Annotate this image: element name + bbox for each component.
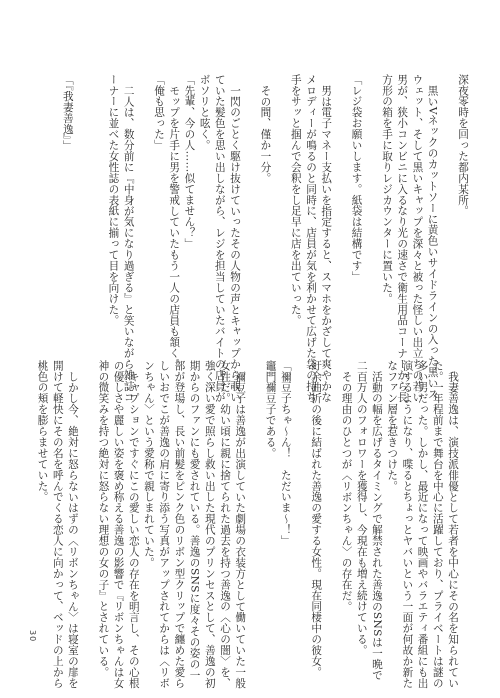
text-block-lower: 我妻善逸は、演技派俳優として若者を中心にその名を知られていた。一年程前まで舞台を… — [34, 360, 460, 625]
blank-line — [80, 360, 95, 625]
blank-line — [272, 74, 287, 319]
text-line: 「俺も思った」 — [151, 74, 166, 319]
text-line: 深夜零時を回った都内某所。 — [455, 74, 470, 319]
blank-line — [90, 74, 105, 319]
text-line: その間、僅か一分。 — [257, 74, 272, 319]
text-line: ていた髪色を思い出しながら、レジを担当していたバイトの店員が — [212, 74, 227, 319]
text-line: ンちゃん〉という愛称で親しまれていた。 — [141, 360, 156, 625]
text-line: 「『我妻善逸』」 — [60, 74, 75, 319]
text-line: メロディーが鳴るのと同時に、店員が気を利かせて広げた袋の持ち — [303, 74, 318, 319]
blank-line — [247, 360, 262, 625]
text-line: た。一年程前まで舞台を中心に活躍しており、プライベートは謎の — [430, 360, 445, 625]
text-line: 竈門禰豆子である。 — [262, 360, 277, 625]
text-line: 我妻善逸は、演技派俳優として若者を中心にその名を知られてい — [445, 360, 460, 625]
text-line: モップを片手に男を警戒していたもう一人の店員も頷く。 — [166, 74, 181, 319]
blank-line — [75, 74, 90, 319]
text-line: ーナーに並べた女性誌の表紙に揃って目を向けた。 — [105, 74, 120, 319]
text-line: 黒いVネックのカットソーに黄色いサイドラインの入った黒いス — [424, 74, 439, 319]
text-line: 期からのファンにも愛されている。善逸のSNSに度々その姿の一 — [186, 360, 201, 625]
text-line: 強く深い愛で照らし救い出した現代のプリンセスとして、善逸の初 — [202, 360, 217, 625]
text-line: 演するようになり、喋るとちょっとヤバいという一面が何故か新た — [399, 360, 414, 625]
blank-line — [440, 74, 455, 319]
text-line: 紆余曲折の後に結ばれた善逸の愛する女性。現在同棲中の彼女。 — [308, 360, 323, 625]
text-line: ウェット、そして黒いキャップを深々と被った怪しい出立ちの若い — [409, 74, 424, 319]
text-line: 活動の幅を広げるタイミングで解禁された善逸のSNSは一晩で — [369, 360, 384, 625]
text-line: 「先輩、今の人……似てません？」 — [181, 74, 196, 319]
text-line: 二人は、数分前に『中身が気になり過ぎる』と笑いながら雑誌コ — [120, 74, 135, 319]
blank-line — [242, 74, 257, 319]
text-line: キャプションですぐにこの愛しい恋人の存在を明言し、その心根 — [126, 360, 141, 625]
text-block-upper: 深夜零時を回った都内某所。黒いVネックのカットソーに黄色いサイドラインの入った黒… — [60, 74, 470, 319]
text-line: 方形の箱を手に取りレジカウンターに置いた。 — [379, 74, 394, 319]
text-line: しかし今、絶対に怒らないはずの〈リボンちゃん〉は寝室の扉を — [65, 360, 80, 625]
text-line: 開けて軽快にその名を呼んでくる恋人に向かって、ベッドの上から — [50, 360, 65, 625]
page-number: 30 — [28, 630, 37, 642]
blank-line — [293, 360, 308, 625]
blank-line — [333, 74, 348, 319]
text-line: 男は電子マネー支払いを指定すると、スマホをかざして爽やかな — [318, 74, 333, 319]
blank-line — [136, 74, 151, 319]
text-line: 部が登場し、長い前髪をピンク色のリボン型クリップで纏めた愛ら — [171, 360, 186, 625]
text-line: 「レジ袋お願いします。紙袋は結構です」 — [348, 74, 363, 319]
text-line: その理由のひとつが〈リボンちゃん〉の存在だ。 — [338, 360, 353, 625]
text-line: 桃色の頬を膨らませていた。 — [34, 360, 49, 625]
text-line: 多い男だった。しかし、最近になって映画やバラエティ番組にも出 — [414, 360, 429, 625]
text-line: 手をサッと掴んで会釈をし足早に店を出ていった。 — [288, 74, 303, 319]
text-line: しいおでこが善逸の肩に寄り添う写真がアップされてからは〈リボ — [156, 360, 171, 625]
text-line: ボソリと呟く。 — [196, 74, 211, 319]
text-line: の優しさや麗しい姿を褒め称える善逸の影響で『リボンちゃんは女 — [110, 360, 125, 625]
text-line: 神の微笑みを持つ絶対に怒らない理想の女の子』とされている。 — [95, 360, 110, 625]
blank-line — [364, 74, 379, 319]
text-line: 「禰豆子ちゃ〜ん！ ただいま〜！」 — [278, 360, 293, 625]
blank-line — [323, 360, 338, 625]
text-line: 禰豆子は善逸が出演していた劇場の衣装方として働いていた一般 — [232, 360, 247, 625]
text-line: 女性だ。幼い頃に親に捨てられた過去を持つ善逸の〈心の闇〉を、 — [217, 360, 232, 625]
text-line: 一閃のごとく駆け抜けていったその人物の声とキャップから覗い — [227, 74, 242, 319]
text-line: 二百万人のフォロワーを獲得し、今現在も増え続けている。 — [354, 360, 369, 625]
text-line: 男が、狭小コンビニに入るなり光の速さで衛生用品コーナーから長 — [394, 74, 409, 319]
text-line: なファン層を惹きつけた。 — [384, 360, 399, 625]
